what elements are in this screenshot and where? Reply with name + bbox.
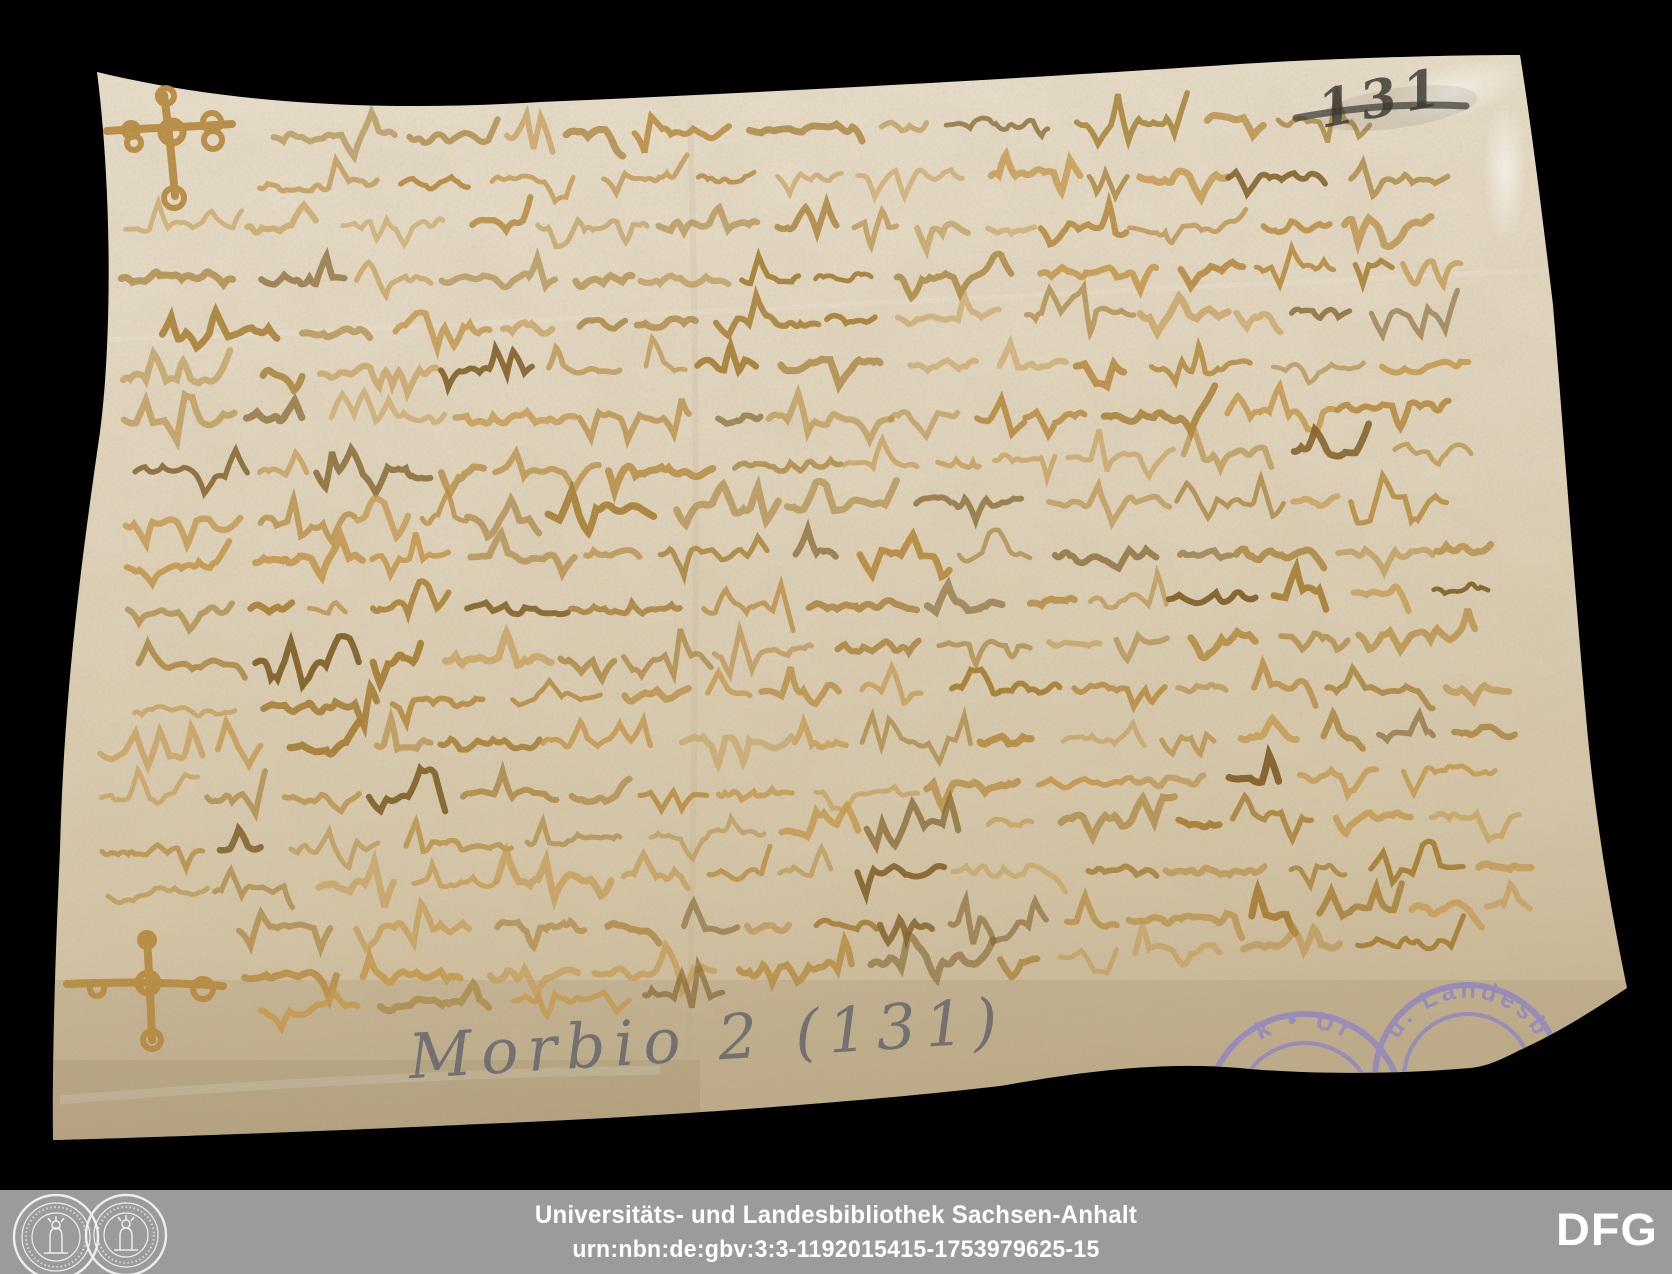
footer-institution: Universitäts- und Landesbibliothek Sachs… xyxy=(535,1201,1137,1230)
footer-urn: urn:nbn:de:gbv:3:3-1192015415-1753979625… xyxy=(572,1236,1099,1264)
digitized-document-viewer: 131 k • Ur u. Landesb Morbio 2 (131) xyxy=(0,0,1672,1274)
footer-text-block: Universitäts- und Landesbibliothek Sachs… xyxy=(33,1190,1638,1274)
glare-highlight xyxy=(1483,100,1527,240)
dfg-logo: DFG xyxy=(1556,1204,1658,1256)
ink-stroke xyxy=(1166,867,1264,875)
viewer-footer: Universitäts- und Landesbibliothek Sachs… xyxy=(0,1190,1672,1274)
